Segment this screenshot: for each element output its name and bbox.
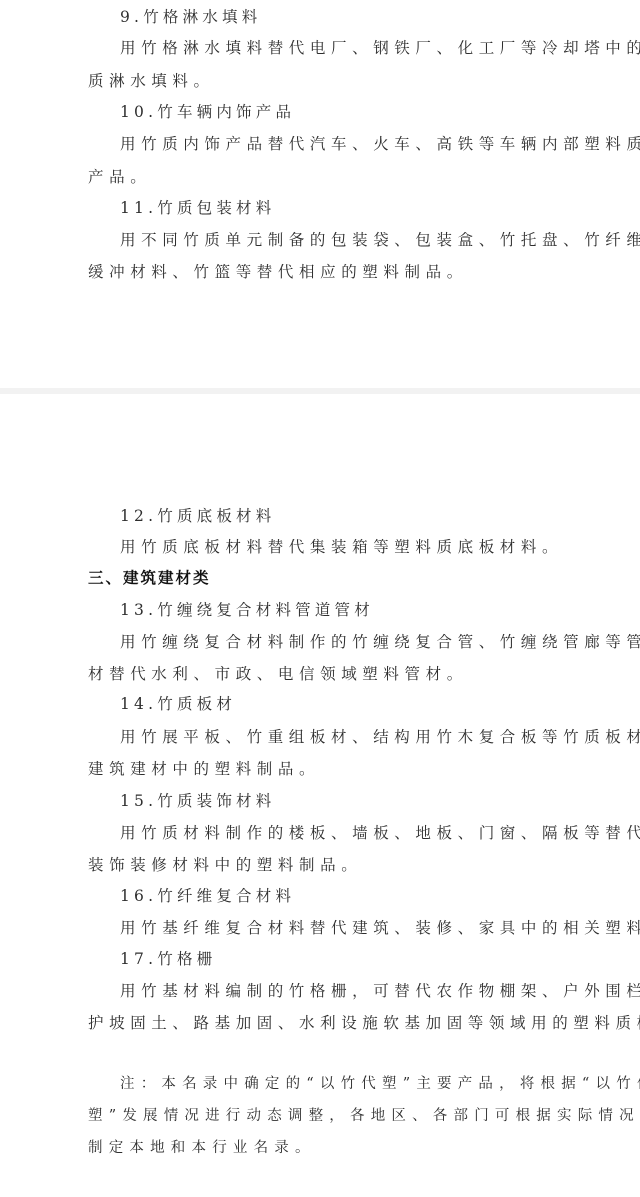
item-body-17-line-1: 用竹基材料编制的竹格栅，可替代农作物棚架、户外围栏网、 xyxy=(120,975,552,1007)
item-body-12-line-1: 用竹质底板材料替代集装箱等塑料质底板材料。 xyxy=(120,531,552,563)
section-heading: 三、建筑建材类 xyxy=(88,562,552,594)
note-line-3: 制定本地和本行业名录。 xyxy=(88,1132,552,1164)
item-title-10: 10.竹车辆内饰产品 xyxy=(120,96,552,128)
note-line-1: 注：本名录中确定的“以竹代塑”主要产品，将根据“以竹代 xyxy=(120,1068,552,1100)
item-title-12: 12.竹质底板材料 xyxy=(120,500,552,532)
item-body-15-line-2: 装饰装修材料中的塑料制品。 xyxy=(88,849,552,881)
item-title-14: 14.竹质板材 xyxy=(120,688,552,720)
item-title-11: 11.竹质包装材料 xyxy=(120,192,552,224)
item-body-17-line-2: 护坡固土、路基加固、水利设施软基加固等领域用的塑料质格栅。 xyxy=(88,1007,552,1039)
item-body-10-line-1: 用竹质内饰产品替代汽车、火车、高铁等车辆内部塑料质装饰 xyxy=(120,128,552,160)
item-body-16-line-1: 用竹基纤维复合材料替代建筑、装修、家具中的相关塑料制品。 xyxy=(120,912,552,944)
item-body-14-line-1: 用竹展平板、竹重组板材、结构用竹木复合板等竹质板材替代 xyxy=(120,721,552,753)
item-body-11-line-2: 缓冲材料、竹篮等替代相应的塑料制品。 xyxy=(88,256,552,288)
item-title-17: 17.竹格栅 xyxy=(120,943,552,975)
note-line-2: 塑”发展情况进行动态调整，各地区、各部门可根据实际情况参照 xyxy=(88,1100,552,1132)
item-title-9: 9.竹格淋水填料 xyxy=(120,1,552,33)
item-title-16: 16.竹纤维复合材料 xyxy=(120,880,552,912)
document-page-2: 12.竹质底板材料 用竹质底板材料替代集装箱等塑料质底板材料。 三、建筑建材类 … xyxy=(0,394,640,1197)
item-body-15-line-1: 用竹质材料制作的楼板、墙板、地板、门窗、隔板等替代建筑 xyxy=(120,817,552,849)
item-title-13: 13.竹缠绕复合材料管道管材 xyxy=(120,594,552,626)
item-body-9-line-1: 用竹格淋水填料替代电厂、钢铁厂、化工厂等冷却塔中的塑料 xyxy=(120,32,552,64)
item-body-10-line-2: 产品。 xyxy=(88,161,552,193)
item-body-14-line-2: 建筑建材中的塑料制品。 xyxy=(88,753,552,785)
item-body-13-line-1: 用竹缠绕复合材料制作的竹缠绕复合管、竹缠绕管廊等管道管 xyxy=(120,626,552,658)
document-page-1: 9.竹格淋水填料 用竹格淋水填料替代电厂、钢铁厂、化工厂等冷却塔中的塑料 质淋水… xyxy=(0,0,640,388)
item-body-9-line-2: 质淋水填料。 xyxy=(88,65,552,97)
item-title-15: 15.竹质装饰材料 xyxy=(120,785,552,817)
item-body-11-line-1: 用不同竹质单元制备的包装袋、包装盒、竹托盘、竹纤维包装 xyxy=(120,224,552,256)
item-body-13-line-2: 材替代水利、市政、电信领域塑料管材。 xyxy=(88,658,552,690)
